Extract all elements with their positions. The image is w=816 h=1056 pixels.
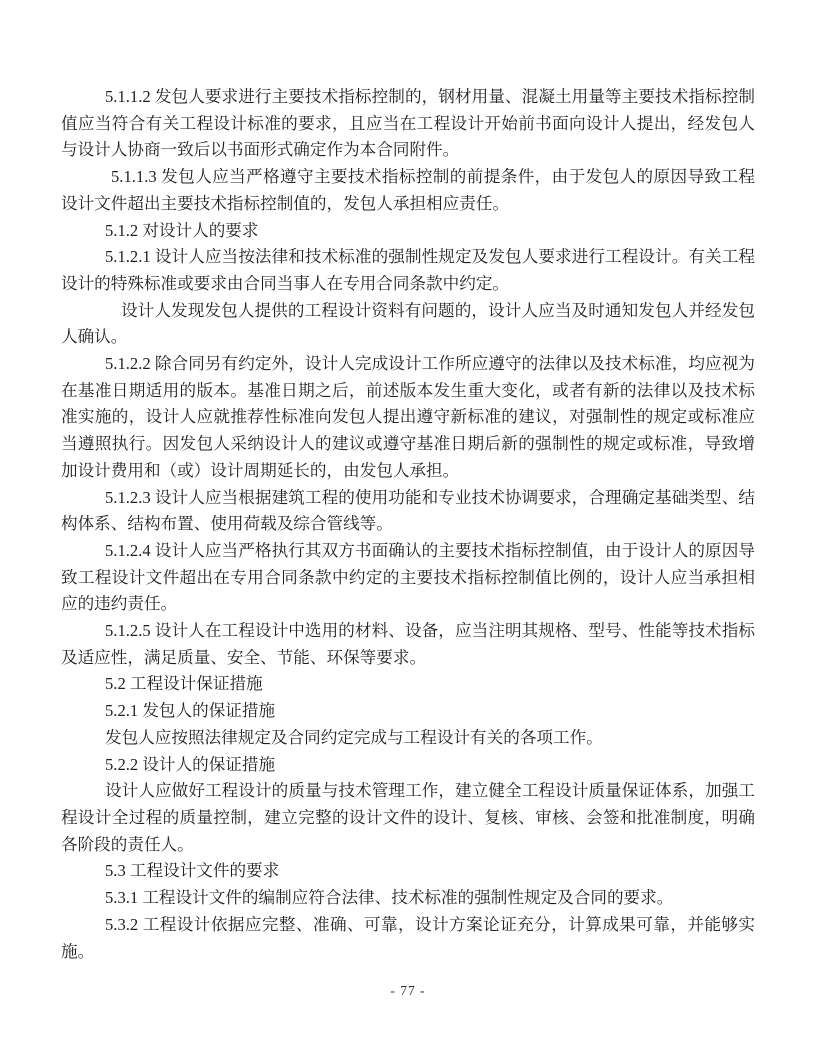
heading-5-2: 5.2 工程设计保证措施 (61, 671, 755, 698)
heading-5-2-1: 5.2.1 发包人的保证措施 (61, 698, 755, 725)
paragraph-5-2-1-body: 发包人应按照法律规定及合同约定完成与工程设计有关的各项工作。 (61, 725, 755, 752)
paragraph-5-1-2-1: 5.1.2.1 设计人应当按法律和技术标准的强制性规定及发包人要求进行工程设计。… (61, 244, 755, 297)
heading-5-2-2: 5.2.2 设计人的保证措施 (61, 752, 755, 779)
document-body: 5.1.1.2 发包人要求进行主要技术指标控制的，钢材用量、混凝土用量等主要技术… (61, 84, 755, 965)
heading-5-1-2: 5.1.2 对设计人的要求 (61, 218, 755, 245)
paragraph-5-1-1-3: 5.1.1.3 发包人应当严格遵守主要技术指标控制的前提条件，由于发包人的原因导… (61, 164, 755, 217)
paragraph-5-1-2-1-note: 设计人发现发包人提供的工程设计资料有问题的，设计人应当及时通知发包人并经发包人确… (61, 298, 755, 351)
paragraph-5-3-1: 5.3.1 工程设计文件的编制应符合法律、技术标准的强制性规定及合同的要求。 (61, 885, 755, 912)
paragraph-5-3-2: 5.3.2 工程设计依据应完整、准确、可靠，设计方案论证充分，计算成果可靠，并能… (61, 912, 755, 965)
paragraph-5-1-2-4: 5.1.2.4 设计人应当严格执行其双方书面确认的主要技术指标控制值，由于设计人… (61, 538, 755, 618)
document-page: 5.1.1.2 发包人要求进行主要技术指标控制的，钢材用量、混凝土用量等主要技术… (0, 0, 816, 1056)
heading-5-3: 5.3 工程设计文件的要求 (61, 858, 755, 885)
page-number: - 77 - (0, 982, 816, 1000)
paragraph-5-2-2-body: 设计人应做好工程设计的质量与技术管理工作，建立健全工程设计质量保证体系，加强工程… (61, 778, 755, 858)
paragraph-5-1-1-2: 5.1.1.2 发包人要求进行主要技术指标控制的，钢材用量、混凝土用量等主要技术… (61, 84, 755, 164)
paragraph-5-1-2-2: 5.1.2.2 除合同另有约定外，设计人完成设计工作所应遵守的法律以及技术标准，… (61, 351, 755, 485)
paragraph-5-1-2-5: 5.1.2.5 设计人在工程设计中选用的材料、设备，应当注明其规格、型号、性能等… (61, 618, 755, 671)
paragraph-5-1-2-3: 5.1.2.3 设计人应当根据建筑工程的使用功能和专业技术协调要求，合理确定基础… (61, 485, 755, 538)
